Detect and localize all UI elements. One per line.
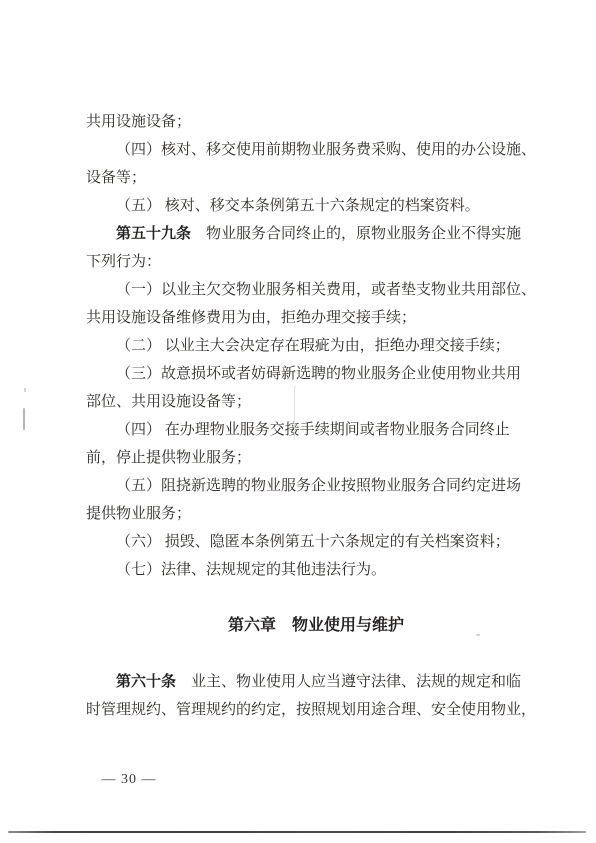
- text-segment: （五）阻挠新选聘的物业服务企业按照物业服务合同约定进场: [116, 478, 521, 494]
- text-segment: （三）故意损坏或者妨碍新选聘的物业服务企业使用物业共用: [116, 366, 521, 382]
- text-line: （一）以业主欠交物业服务相关费用，或者垫支物业共用部位、: [86, 276, 546, 304]
- text-segment: 时管理规约、管理规约的约定，按照规划用途合理、安全使用物业，: [86, 702, 536, 718]
- text-line: （二） 以业主大会决定存在瑕疵为由，拒绝办理交接手续；: [86, 332, 546, 360]
- text-segment: 部位、共用设施设备等；: [86, 394, 251, 410]
- text-line: 第五十九条 物业服务合同终止的，原物业服务企业不得实施: [86, 220, 546, 248]
- scanned-document-page: 共用设施设备；（四）核对、移交使用前期物业服务费采购、使用的办公设施、设备等；（…: [0, 0, 596, 843]
- page-bottom-edge-line: [8, 831, 586, 833]
- text-line: 设备等；: [86, 164, 546, 192]
- text-segment: 共用设施设备；: [86, 114, 191, 130]
- scan-fold-artifact: [294, 386, 295, 440]
- article-number: 第六章 物业使用与维护: [228, 617, 404, 634]
- page-number: — 30 —: [86, 770, 172, 790]
- text-segment: 物业服务合同终止的，原物业服务企业不得实施: [191, 226, 521, 242]
- scan-speck-artifact: [24, 388, 26, 392]
- text-segment: （一）以业主欠交物业服务相关费用，或者垫支物业共用部位、: [116, 282, 536, 298]
- text-line: 时管理规约、管理规约的约定，按照规划用途合理、安全使用物业，: [86, 696, 546, 724]
- text-line: （六） 损毁、隐匿本条例第五十六条规定的有关档案资料；: [86, 528, 546, 556]
- text-line: 共用设施设备维修费用为由，拒绝办理交接手续；: [86, 304, 546, 332]
- text-line: （三）故意损坏或者妨碍新选聘的物业服务企业使用物业共用: [86, 360, 546, 388]
- text-segment: 前，停止提供物业服务；: [86, 450, 251, 466]
- scan-speck-artifact: [476, 634, 480, 636]
- text-line: 第六十条 业主、物业使用人应当遵守法律、法规的规定和临: [86, 668, 546, 696]
- text-line: （七）法律、法规规定的其他违法行为。: [86, 556, 546, 584]
- text-segment: （六） 损毁、隐匿本条例第五十六条规定的有关档案资料；: [116, 534, 510, 550]
- text-line: 提供物业服务；: [86, 500, 546, 528]
- text-line: 前，停止提供物业服务；: [86, 444, 546, 472]
- text-segment: 设备等；: [86, 170, 146, 186]
- text-segment: （七）法律、法规规定的其他违法行为。: [116, 562, 386, 578]
- text-line: （五） 核对、移交本条例第五十六条规定的档案资料。: [86, 192, 546, 220]
- text-segment: （二） 以业主大会决定存在瑕疵为由，拒绝办理交接手续；: [116, 338, 510, 354]
- scan-smudge-artifact: [23, 408, 25, 430]
- text-line: 部位、共用设施设备等；: [86, 388, 546, 416]
- text-line: （五）阻挠新选聘的物业服务企业按照物业服务合同约定进场: [86, 472, 546, 500]
- text-segment: （五） 核对、移交本条例第五十六条规定的档案资料。: [116, 198, 480, 214]
- text-segment: （四）核对、移交使用前期物业服务费采购、使用的办公设施、: [116, 142, 536, 158]
- text-segment: 提供物业服务；: [86, 506, 191, 522]
- article-number: 第五十九条: [116, 225, 191, 242]
- text-segment: 业主、物业使用人应当遵守法律、法规的规定和临: [176, 674, 521, 690]
- text-segment: （四） 在办理物业服务交接手续期间或者物业服务合同终止: [116, 422, 510, 438]
- text-line: （四） 在办理物业服务交接手续期间或者物业服务合同终止: [86, 416, 546, 444]
- article-number: 第六十条: [116, 673, 176, 690]
- document-body: 共用设施设备；（四）核对、移交使用前期物业服务费采购、使用的办公设施、设备等；（…: [86, 108, 546, 724]
- text-line: （四）核对、移交使用前期物业服务费采购、使用的办公设施、: [86, 136, 546, 164]
- text-line: 下列行为：: [86, 248, 546, 276]
- text-line: 共用设施设备；: [86, 108, 546, 136]
- text-segment: 共用设施设备维修费用为由，拒绝办理交接手续；: [86, 310, 416, 326]
- text-segment: 下列行为：: [86, 254, 161, 270]
